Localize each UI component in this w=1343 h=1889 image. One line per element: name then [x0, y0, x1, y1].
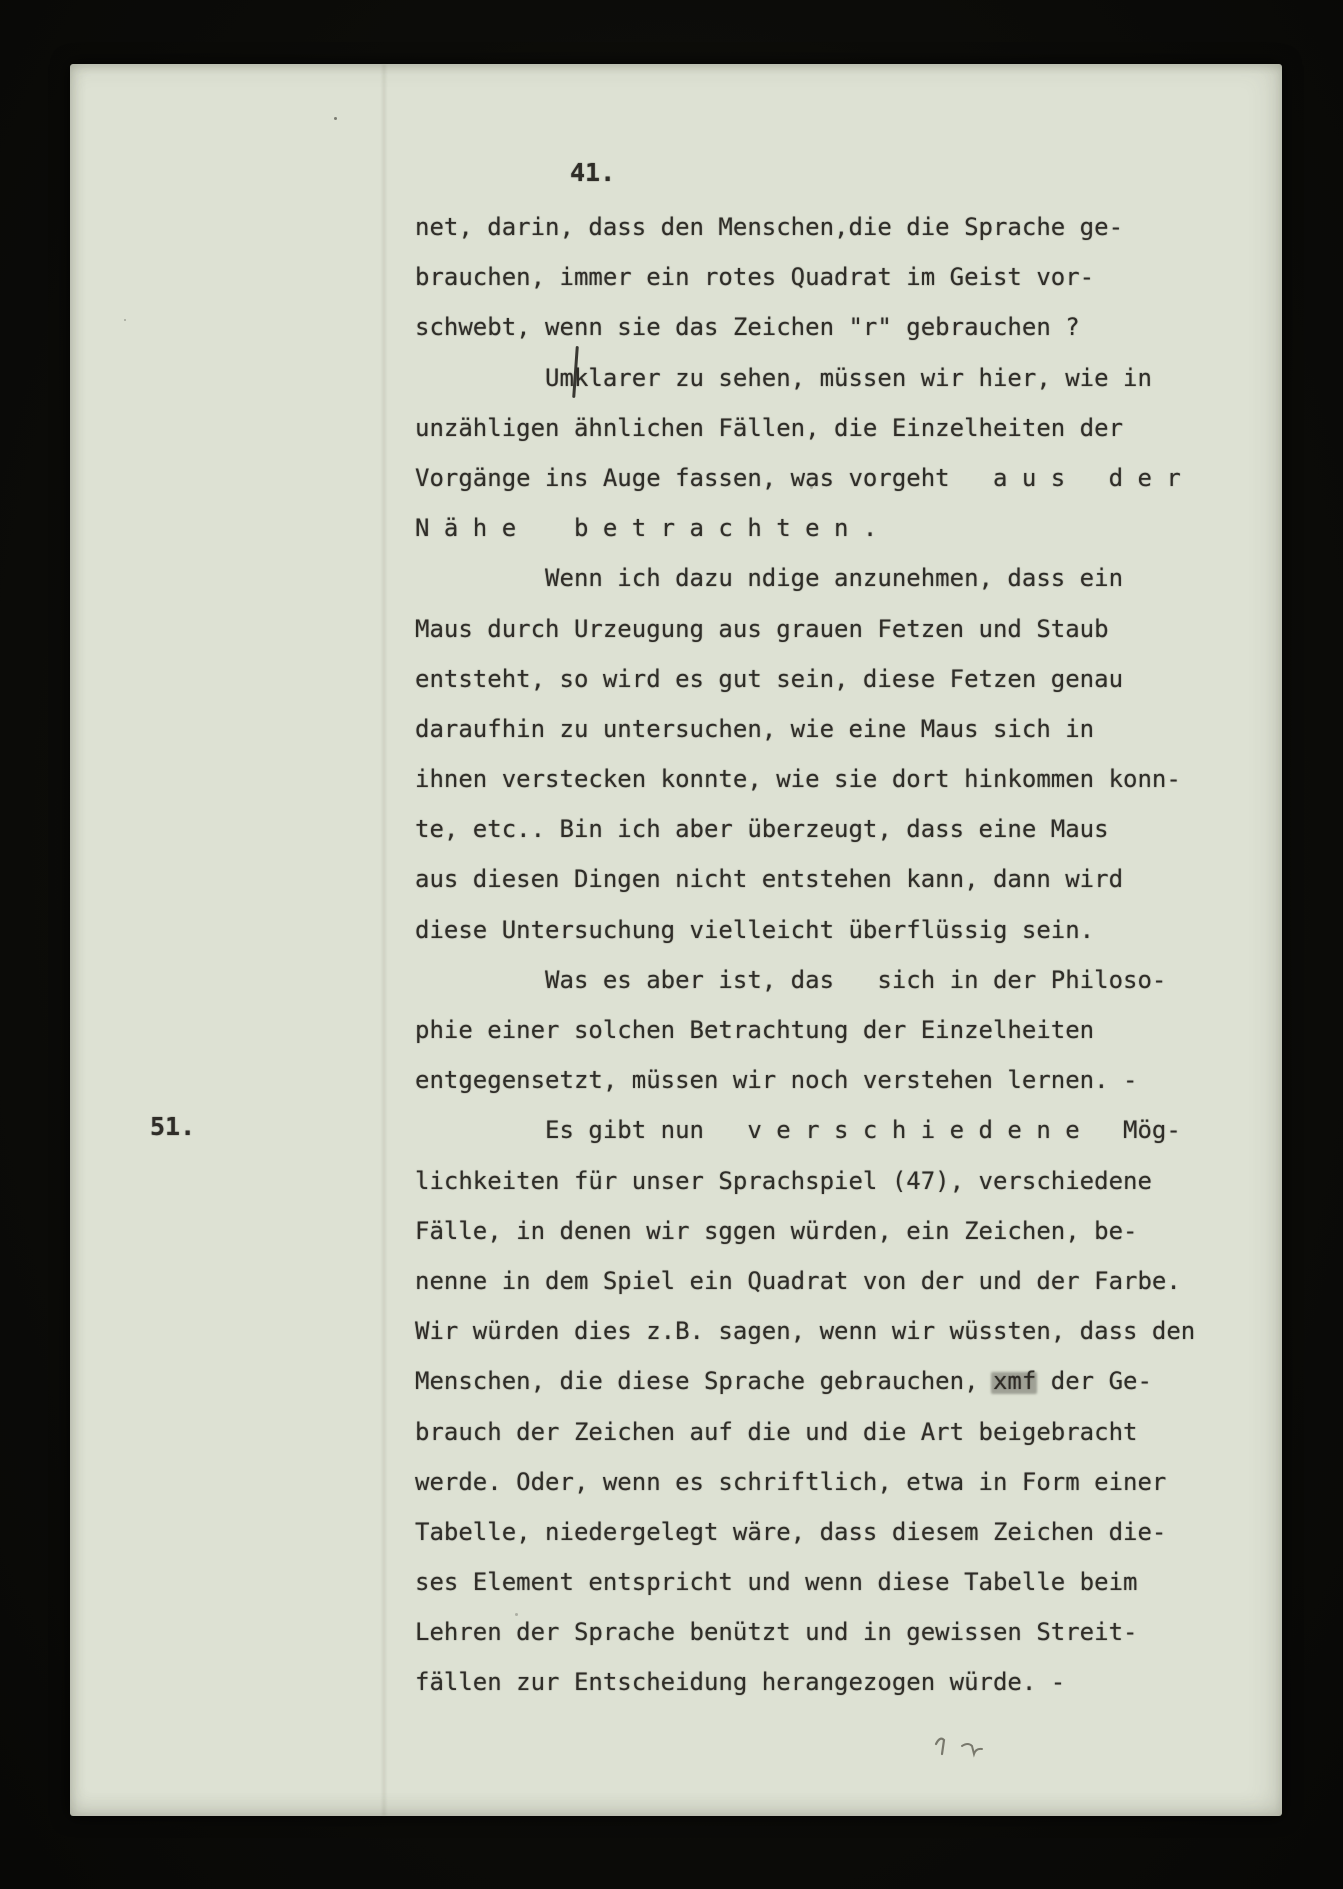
page-number: 41. [570, 158, 615, 187]
text-line: diese Untersuchung vielleicht überflüssi… [415, 905, 1255, 955]
text-line: entsteht, so wird es gut sein, diese Fet… [415, 654, 1255, 704]
text-line: te, etc.. Bin ich aber überzeugt, dass e… [415, 804, 1255, 854]
paper-speck [334, 117, 337, 120]
text-line: Es gibt nun v e r s c h i e d e n e Mög- [415, 1105, 1255, 1155]
typed-overstrike-mark [991, 1372, 1037, 1394]
paper-crease [382, 64, 386, 1816]
text-line: Menschen, die diese Sprache gebrauchen, … [415, 1356, 1255, 1406]
text-line: net, darin, dass den Menschen,die die Sp… [415, 202, 1255, 252]
text-line: lichkeiten für unser Sprachspiel (47), v… [415, 1156, 1255, 1206]
text-line: Maus durch Urzeugung aus grauen Fetzen u… [415, 604, 1255, 654]
text-line: brauchen, immer ein rotes Quadrat im Gei… [415, 252, 1255, 302]
text-line: brauch der Zeichen auf die und die Art b… [415, 1407, 1255, 1457]
ink-smudge-mark [928, 1728, 1000, 1766]
text-line: Tabelle, niedergelegt wäre, dass diesem … [415, 1507, 1255, 1557]
text-line: phie einer solchen Betrachtung der Einze… [415, 1005, 1255, 1055]
typewritten-text: net, darin, dass den Menschen,die die Sp… [415, 202, 1255, 1708]
text-line: ihnen verstecken konnte, wie sie dort hi… [415, 754, 1255, 804]
text-line: Was es aber ist, das sich in der Philoso… [415, 955, 1255, 1005]
text-line: nenne in dem Spiel ein Quadrat von der u… [415, 1256, 1255, 1306]
text-line: entgegensetzt, müssen wir noch verstehen… [415, 1055, 1255, 1105]
text-line: schwebt, wenn sie das Zeichen "r" gebrau… [415, 302, 1255, 352]
text-line: daraufhin zu untersuchen, wie eine Maus … [415, 704, 1255, 754]
text-line: werde. Oder, wenn es schriftlich, etwa i… [415, 1457, 1255, 1507]
text-line: Wenn ich dazu ndige anzunehmen, dass ein [415, 553, 1255, 603]
text-line: Lehren der Sprache benützt und in gewiss… [415, 1607, 1255, 1657]
text-line: Vorgänge ins Auge fassen, was vorgeht a … [415, 453, 1255, 503]
scanned-page: 41. 51. net, darin, dass den Menschen,di… [70, 64, 1282, 1816]
paper-speck [124, 319, 126, 321]
text-line: Umklarer zu sehen, müssen wir hier, wie … [415, 353, 1255, 403]
text-line: N ä h e b e t r a c h t e n . [415, 503, 1255, 553]
text-line: unzähligen ähnlichen Fällen, die Einzelh… [415, 403, 1255, 453]
text-line: ses Element entspricht und wenn diese Ta… [415, 1557, 1255, 1607]
text-line: Fälle, in denen wir sggen würden, ein Ze… [415, 1206, 1255, 1256]
text-line: Wir würden dies z.B. sagen, wenn wir wüs… [415, 1306, 1255, 1356]
text-line: aus diesen Dingen nicht entstehen kann, … [415, 854, 1255, 904]
text-line: fällen zur Entscheidung herangezogen wür… [415, 1657, 1255, 1707]
margin-section-number: 51. [150, 1112, 195, 1141]
